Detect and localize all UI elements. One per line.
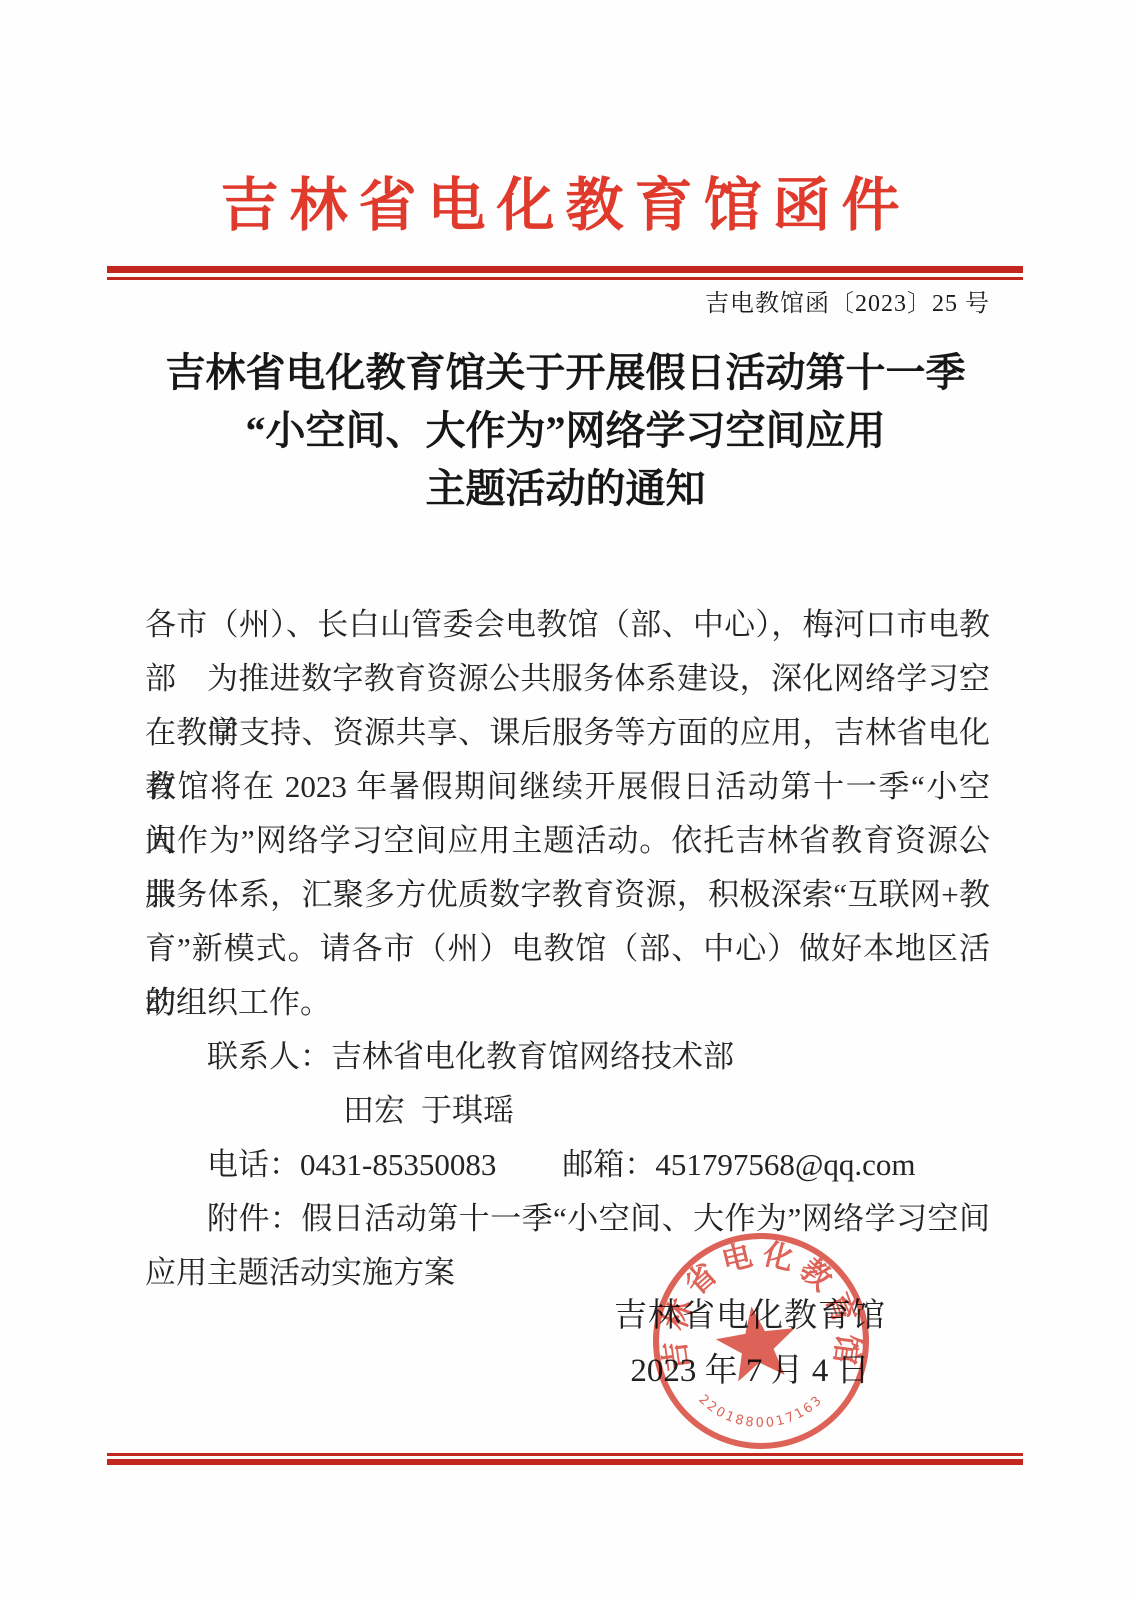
body-line: 在教学支持、资源共享、课后服务等方面的应用，吉林省电化教	[145, 706, 990, 760]
footer-rule-thick	[107, 1459, 1023, 1465]
email-label: 邮箱：	[562, 1147, 655, 1182]
seal-serial: 2201880017163	[696, 1392, 827, 1431]
contact-name: 田宏	[343, 1093, 405, 1128]
doc-ref-number: 吉电教馆函〔2023〕25 号	[705, 283, 990, 318]
body-line: 的组织工作。	[145, 976, 990, 1030]
salutation: 各市（州）、长白山管委会电教馆（部、中心），梅河口市电教部：	[145, 598, 990, 652]
body-line: 大作为”网络学习空间应用主题活动。依托吉林省教育资源公共	[145, 814, 990, 868]
body-text: 各市（州）、长白山管委会电教馆（部、中心），梅河口市电教部： 为推进数字教育资源…	[145, 598, 990, 1300]
header-rule-thin	[107, 277, 1023, 280]
phone-number: 0431-85350083	[300, 1147, 496, 1182]
letterhead-title: 吉林省电化教育馆函件	[0, 158, 1131, 242]
body-line: 育”新模式。请各市（州）电教馆（部、中心）做好本地区活动	[145, 922, 990, 976]
seal-star-icon	[712, 1301, 801, 1384]
svg-text:2201880017163: 2201880017163	[696, 1392, 827, 1431]
email-address: 451797568@qq.com	[655, 1147, 915, 1182]
contact-person-line: 联系人：吉林省电化教育馆网络技术部	[145, 1030, 990, 1084]
doc-title: 吉林省电化教育馆关于开展假日活动第十一季 “小空间、大作为”网络学习空间应用 主…	[0, 344, 1131, 518]
document-page: 吉林省电化教育馆函件 吉电教馆函〔2023〕25 号 吉林省电化教育馆关于开展假…	[0, 0, 1131, 1600]
contact-phone-email-line: 电话：0431-85350083邮箱：451797568@qq.com	[145, 1138, 990, 1192]
contact-names-line: 田宏于琪瑶	[145, 1084, 990, 1138]
doc-title-line-3: 主题活动的通知	[0, 460, 1131, 518]
official-seal: 吉林省电化教育馆 2201880017163	[648, 1228, 874, 1454]
contact-name: 于琪瑶	[421, 1093, 514, 1128]
footer-rule-thin	[107, 1453, 1023, 1456]
doc-title-line-2: “小空间、大作为”网络学习空间应用	[0, 402, 1131, 460]
phone-label: 电话：	[207, 1147, 300, 1182]
body-line: 为推进数字教育资源公共服务体系建设，深化网络学习空间	[145, 652, 990, 706]
doc-title-line-1: 吉林省电化教育馆关于开展假日活动第十一季	[0, 344, 1131, 402]
header-rule-thick	[107, 266, 1023, 273]
body-line: 育馆将在 2023 年暑假期间继续开展假日活动第十一季“小空间、	[145, 760, 990, 814]
body-line: 服务体系，汇聚多方优质数字教育资源，积极深索“互联网+教	[145, 868, 990, 922]
